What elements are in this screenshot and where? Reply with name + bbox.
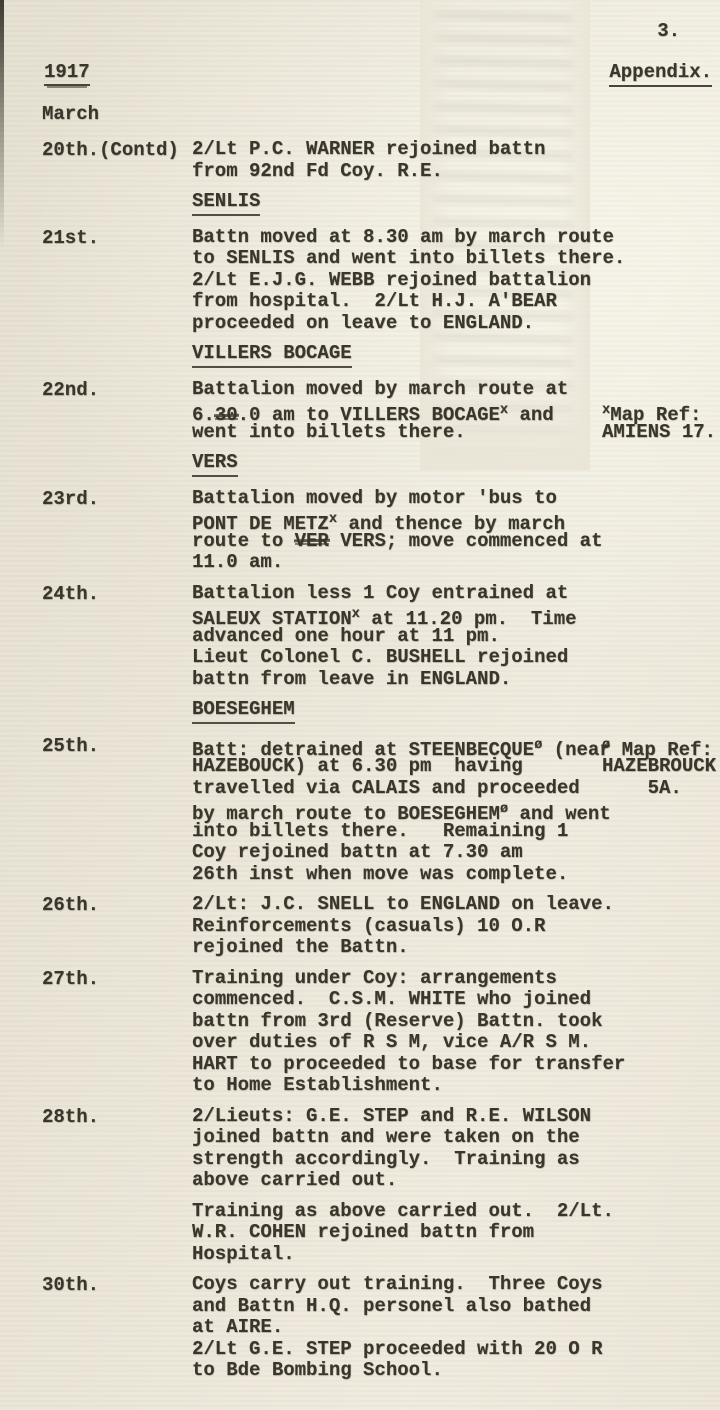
map-ref-line: 5A. xyxy=(602,778,716,800)
entry-line: above carried out. xyxy=(192,1170,591,1192)
entry-line: to SENLIS and went into billets there. xyxy=(192,248,625,270)
diary-entry: 28th.2/Lieuts: G.E. STEP and R.E. WILSON… xyxy=(0,1106,720,1192)
entry-date: 25th. xyxy=(42,735,192,886)
entry-body: Training as above carried out. 2/Lt.W.R.… xyxy=(192,1201,614,1266)
map-ref-note: ø Map Ref:HAZEBROUCK 5A. xyxy=(602,735,716,800)
entry-line: proceeded on leave to ENGLAND. xyxy=(192,313,625,335)
entry-line: route to VER VERS; move commenced at xyxy=(192,531,603,553)
struck-text: 30 xyxy=(215,404,238,426)
section-heading-text: VILLERS BOCAGE xyxy=(192,342,352,368)
entry-line: Battalion less 1 Coy entrained at xyxy=(192,583,577,605)
diary-entry: 27th.Training under Coy: arrangementscom… xyxy=(0,968,720,1097)
entry-line: to Bde Bombing School. xyxy=(192,1360,602,1382)
superscript-mark: ø xyxy=(534,738,542,753)
entry-line: from hospital. 2/Lt H.J. A'BEAR xyxy=(192,291,625,313)
diary-entry: 25th.Batt: detrained at STEENBECQUEø (ne… xyxy=(0,735,720,886)
map-ref-line: HAZEBROUCK xyxy=(602,756,716,778)
year-heading: 1917 xyxy=(44,61,90,86)
diary-entry: 26th.2/Lt: J.C. SNELL to ENGLAND on leav… xyxy=(0,894,720,959)
section-heading: BOESEGHEM xyxy=(192,699,720,721)
entry-date xyxy=(42,1201,192,1266)
entry-line: Reinforcements (casuals) 10 O.R xyxy=(192,916,614,938)
entry-body: Battalion moved by motor 'bus toPONT DE … xyxy=(192,488,603,574)
appendix-heading: Appendix. xyxy=(609,61,712,87)
section-heading-text: BOESEGHEM xyxy=(192,698,295,724)
entry-line: 26th inst when move was complete. xyxy=(192,864,611,886)
section-heading-text: VERS xyxy=(192,451,238,477)
entry-line: W.R. COHEN rejoined battn from xyxy=(192,1222,614,1244)
entry-body: Coys carry out training. Three Coysand B… xyxy=(192,1274,602,1382)
superscript-mark: x xyxy=(602,403,610,418)
month-label: March xyxy=(42,103,99,125)
diary-entry: 30th.Coys carry out training. Three Coys… xyxy=(0,1274,720,1382)
entry-body: Training under Coy: arrangementscommence… xyxy=(192,968,625,1097)
section-heading-text: SENLIS xyxy=(192,190,260,216)
entry-line: travelled via CALAIS and proceeded xyxy=(192,778,611,800)
entry-line: 2/Lieuts: G.E. STEP and R.E. WILSON xyxy=(192,1106,591,1128)
entry-line: Battn moved at 8.30 am by march route xyxy=(192,227,625,249)
section-heading: VERS xyxy=(192,452,720,474)
entry-date: 23rd. xyxy=(42,488,192,574)
entry-line: 11.0 am. xyxy=(192,552,603,574)
entry-line: and Battn H.Q. personel also bathed xyxy=(192,1296,602,1318)
entry-line: Training under Coy: arrangements xyxy=(192,968,625,990)
superscript-mark: x xyxy=(500,403,508,418)
entry-line: Batt: detrained at STEENBECQUEø (near xyxy=(192,735,611,757)
entry-line: strength accordingly. Training as xyxy=(192,1149,591,1171)
entry-line: commenced. C.S.M. WHITE who joined xyxy=(192,989,625,1011)
diary-entry: 24th.Battalion less 1 Coy entrained atSA… xyxy=(0,583,720,691)
map-ref-line: AMIENS 17. xyxy=(602,422,716,444)
entry-line: 2/Lt: J.C. SNELL to ENGLAND on leave. xyxy=(192,894,614,916)
entry-line: 2/Lt E.J.G. WEBB rejoined battalion xyxy=(192,270,625,292)
entry-line: Battalion moved by march route at xyxy=(192,379,568,401)
entry-line: to Home Establishment. xyxy=(192,1075,625,1097)
entry-line: Hospital. xyxy=(192,1244,614,1266)
entry-line: Coys carry out training. Three Coys xyxy=(192,1274,602,1296)
entry-date: 28th. xyxy=(42,1106,192,1192)
section-heading: VILLERS BOCAGE xyxy=(192,343,720,365)
entry-line: from 92nd Fd Coy. R.E. xyxy=(192,161,545,183)
diary-entry: 20th.(Contd)2/Lt P.C. WARNER rejoined ba… xyxy=(0,139,720,182)
struck-text: VER xyxy=(295,530,329,552)
entry-line: Battalion moved by motor 'bus to xyxy=(192,488,603,510)
superscript-mark: x xyxy=(352,607,360,622)
diary-entry: 21st.Battn moved at 8.30 am by march rou… xyxy=(0,227,720,335)
entry-line: battn from 3rd (Reserve) Battn. took xyxy=(192,1011,625,1033)
entry-line: HART to proceeded to base for transfer xyxy=(192,1054,625,1076)
entry-line: PONT DE METZx and thence by march xyxy=(192,509,603,531)
entry-line: over duties of R S M, vice A/R S M. xyxy=(192,1032,625,1054)
entry-date: 30th. xyxy=(42,1274,192,1382)
entry-line: rejoined the Battn. xyxy=(192,937,614,959)
entry-line: joined battn and were taken on the xyxy=(192,1127,591,1149)
superscript-mark: ø xyxy=(602,738,610,753)
entry-body: 2/Lieuts: G.E. STEP and R.E. WILSONjoine… xyxy=(192,1106,591,1192)
section-heading: SENLIS xyxy=(192,191,720,213)
entry-body: Battalion less 1 Coy entrained atSALEUX … xyxy=(192,583,577,691)
entry-line: Lieut Colonel C. BUSHELL rejoined xyxy=(192,647,577,669)
entry-body: 2/Lt: J.C. SNELL to ENGLAND on leave.Rei… xyxy=(192,894,614,959)
entry-line: Training as above carried out. 2/Lt. xyxy=(192,1201,614,1223)
page-number: 3. xyxy=(657,20,680,42)
diary-entries: 20th.(Contd)2/Lt P.C. WARNER rejoined ba… xyxy=(0,139,720,1391)
diary-entry: Training as above carried out. 2/Lt.W.R.… xyxy=(0,1201,720,1266)
map-ref-note: xMap Ref:AMIENS 17. xyxy=(602,400,716,443)
entry-date: 27th. xyxy=(42,968,192,1097)
map-ref-line: xMap Ref: xyxy=(602,400,716,422)
document-page: 3. 1917 Appendix. March 20th.(Contd)2/Lt… xyxy=(0,0,720,1410)
entry-date: 24th. xyxy=(42,583,192,691)
entry-line: into billets there. Remaining 1 xyxy=(192,821,611,843)
entry-line: Coy rejoined battn at 7.30 am xyxy=(192,842,611,864)
entry-line: at AIRE. xyxy=(192,1317,602,1339)
entry-line: battn from leave in ENGLAND. xyxy=(192,669,577,691)
diary-entry: 22nd.Battalion moved by march route at6.… xyxy=(0,379,720,444)
entry-body: Batt: detrained at STEENBECQUEø (nearHAZ… xyxy=(192,735,611,886)
entry-body: Battn moved at 8.30 am by march routeto … xyxy=(192,227,625,335)
entry-body: 2/Lt P.C. WARNER rejoined battnfrom 92nd… xyxy=(192,139,545,182)
entry-date: 26th. xyxy=(42,894,192,959)
entry-line: 2/Lt G.E. STEP proceeded with 20 O R xyxy=(192,1339,602,1361)
entry-body: Battalion moved by march route at6.30.0 … xyxy=(192,379,568,444)
superscript-mark: ø xyxy=(500,802,508,817)
entry-line: SALEUX STATIONx at 11.20 pm. Time xyxy=(192,604,577,626)
entry-date: 20th.(Contd) xyxy=(42,139,192,182)
entry-line: by march route to BOESEGHEMø and went xyxy=(192,799,611,821)
entry-date: 21st. xyxy=(42,227,192,335)
diary-entry: 23rd.Battalion moved by motor 'bus toPON… xyxy=(0,488,720,574)
entry-line: 2/Lt P.C. WARNER rejoined battn xyxy=(192,139,545,161)
entry-date: 22nd. xyxy=(42,379,192,444)
superscript-mark: x xyxy=(329,512,337,527)
map-ref-line: ø Map Ref: xyxy=(602,735,716,757)
entry-line: 6.30.0 am to VILLERS BOCAGEx and xyxy=(192,400,568,422)
